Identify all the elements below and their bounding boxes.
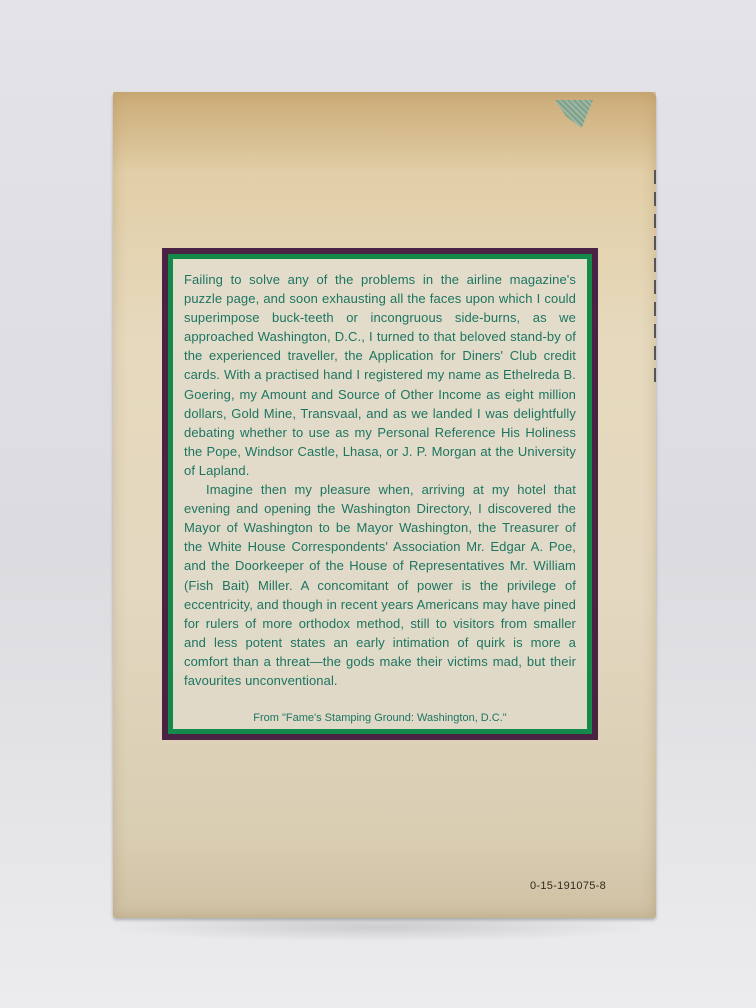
excerpt-paragraph-2: Imagine then my pleasure when, arriving … <box>184 480 576 690</box>
isbn-number: 0-15-191075-8 <box>530 880 606 892</box>
excerpt-frame-green-border: Failing to solve any of the problems in … <box>168 254 592 734</box>
excerpt-attribution: From "Fame's Stamping Ground: Washington… <box>184 709 576 728</box>
excerpt-text-box: Failing to solve any of the problems in … <box>173 259 587 729</box>
jacket-edge-marks <box>654 170 656 390</box>
excerpt-frame: Failing to solve any of the problems in … <box>162 248 598 740</box>
excerpt-paragraph-1: Failing to solve any of the problems in … <box>184 270 576 480</box>
